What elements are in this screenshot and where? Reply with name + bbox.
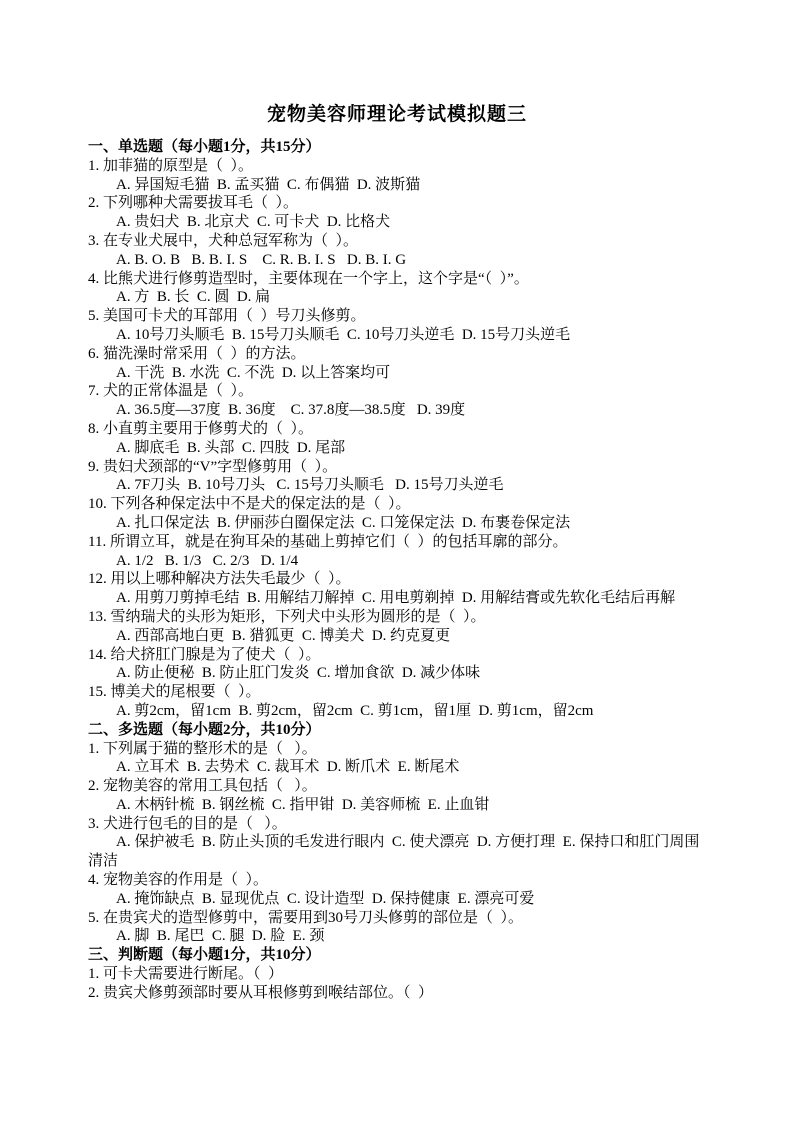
options-text: A. 脚底毛 B. 头部 C. 四肢 D. 尾部 [88,439,706,458]
options-text: A. B. O. B B. B. I. S C. R. B. I. S D. B… [88,251,706,270]
question-text: 1. 下列属于猫的整形术的是（ ）。 [88,740,706,759]
options-text: A. 脚 B. 尾巴 C. 腿 D. 脸 E. 颈 [88,927,706,946]
section-heading: 二、多选题（每小题2分，共10分） [88,721,706,740]
question-text: 2. 下列哪种犬需要拔耳毛（ ）。 [88,194,706,213]
page-title: 宠物美容师理论考试模拟题三 [0,0,794,128]
question-text: 12. 用以上哪种解决方法失毛最少（ ）。 [88,570,706,589]
options-text: A. 西部高地白更 B. 猎狐更 C. 博美犬 D. 约克夏更 [88,627,706,646]
question-text: 11. 所谓立耳，就是在狗耳朵的基础上剪掉它们（ ）的包括耳廓的部分。 [88,533,706,552]
options-text: A. 方 B. 长 C. 圆 D. 扁 [88,288,706,307]
question-text: 1. 加菲猫的原型是（ ）。 [88,157,706,176]
options-text: A. 贵妇犬 B. 北京犬 C. 可卡犬 D. 比格犬 [88,213,706,232]
options-text: A. 木柄针梳 B. 钢丝梳 C. 指甲钳 D. 美容师梳 E. 止血钳 [88,796,706,815]
options-text: A. 保护被毛 B. 防止头顶的毛发进行眼内 C. 使犬漂亮 D. 方便打理 E… [88,833,706,871]
question-text: 5. 美国可卡犬的耳部用（ ）号刀头修剪。 [88,307,706,326]
options-text: A. 立耳术 B. 去势术 C. 裁耳术 D. 断爪术 E. 断尾术 [88,758,706,777]
options-text: A. 扎口保定法 B. 伊丽莎白圈保定法 C. 口笼保定法 D. 布裹卷保定法 [88,514,706,533]
question-text: 5. 在贵宾犬的造型修剪中，需要用到30号刀头修剪的部位是（ ）。 [88,909,706,928]
question-text: 1. 可卡犬需要进行断尾。（ ） [88,965,706,984]
section-heading: 三、判断题（每小题1分，共10分） [88,946,706,965]
question-text: 14. 给犬挤肛门腺是为了使犬（ ）。 [88,646,706,665]
exam-content: 一、单选题（每小题1分，共15分）1. 加菲猫的原型是（ ）。A. 异国短毛猫 … [88,138,706,1003]
options-text: A. 10号刀头顺毛 B. 15号刀头顺毛 C. 10号刀头逆毛 D. 15号刀… [88,326,706,345]
question-text: 15. 博美犬的尾根要（ ）。 [88,683,706,702]
question-text: 8. 小直剪主要用于修剪犬的（ ）。 [88,420,706,439]
question-text: 4. 宠物美容的作用是（ ）。 [88,871,706,890]
options-text: A. 防止便秘 B. 防止肛门发炎 C. 增加食欲 D. 减少体味 [88,664,706,683]
options-text: A. 异国短毛猫 B. 孟买猫 C. 布偶猫 D. 波斯猫 [88,176,706,195]
question-text: 13. 雪纳瑞犬的头形为矩形，下列犬中头形为圆形的是（ ）。 [88,608,706,627]
question-text: 9. 贵妇犬颈部的“V”字型修剪用（ ）。 [88,458,706,477]
question-text: 2. 宠物美容的常用工具包括（ ）。 [88,777,706,796]
options-text: A. 7F刀头 B. 10号刀头 C. 15号刀头顺毛 D. 15号刀头逆毛 [88,476,706,495]
question-text: 3. 犬进行包毛的目的是（ ）。 [88,815,706,834]
section-heading: 一、单选题（每小题1分，共15分） [88,138,706,157]
options-text: A. 干洗 B. 水洗 C. 不洗 D. 以上答案均可 [88,364,706,383]
options-text: A. 剪2cm，留1cm B. 剪2cm，留2cm C. 剪1cm，留1厘 D.… [88,702,706,721]
options-text: A. 36.5度—37度 B. 36度 C. 37.8度—38.5度 D. 39… [88,401,706,420]
exam-page: 宠物美容师理论考试模拟题三 一、单选题（每小题1分，共15分）1. 加菲猫的原型… [0,0,794,1123]
question-text: 4. 比熊犬进行修剪造型时，主要体现在一个字上，这个字是“（ ）”。 [88,270,706,289]
question-text: 7. 犬的正常体温是（ ）。 [88,382,706,401]
question-text: 2. 贵宾犬修剪颈部时要从耳根修剪到喉结部位。（ ） [88,984,706,1003]
options-text: A. 1/2 B. 1/3 C. 2/3 D. 1/4 [88,552,706,571]
question-text: 10. 下列各种保定法中不是犬的保定法的是（ ）。 [88,495,706,514]
options-text: A. 用剪刀剪掉毛结 B. 用解结刀解掉 C. 用电剪剃掉 D. 用解结膏或先软… [88,589,706,608]
question-text: 6. 猫洗澡时常采用（ ）的方法。 [88,345,706,364]
question-text: 3. 在专业犬展中，犬种总冠军称为（ ）。 [88,232,706,251]
options-text: A. 掩饰缺点 B. 显现优点 C. 设计造型 D. 保持健康 E. 漂亮可爱 [88,890,706,909]
